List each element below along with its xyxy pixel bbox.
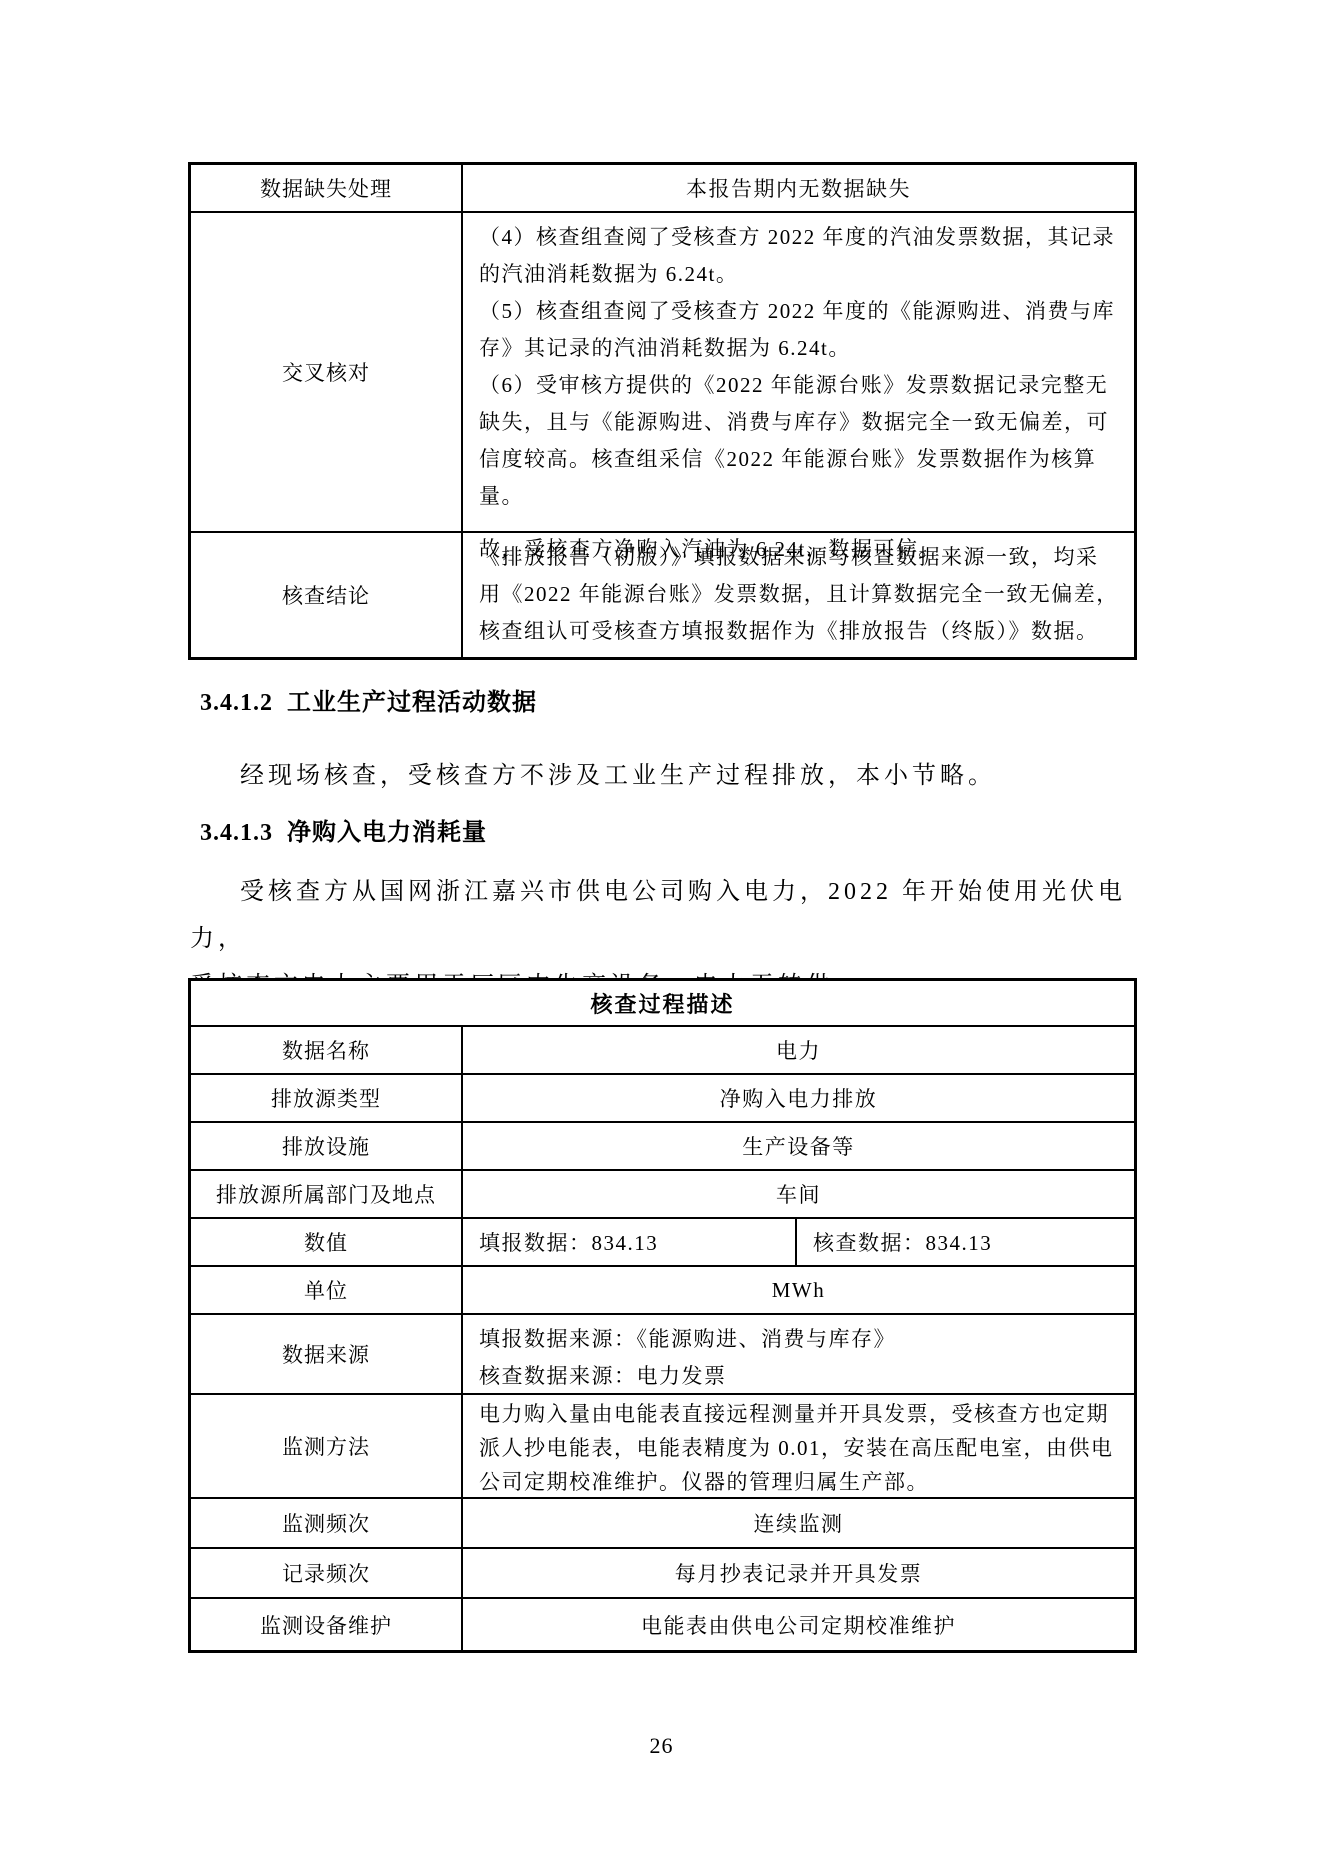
row-label-cell: 监测方法 xyxy=(191,1395,463,1497)
section-title: 工业生产过程活动数据 xyxy=(287,690,537,716)
table-row: 数据名称 电力 xyxy=(191,1027,1134,1075)
table-row: 监测频次 连续监测 xyxy=(191,1499,1134,1549)
row-label-cell: 排放设施 xyxy=(191,1123,463,1169)
row-label-cell: 监测设备维护 xyxy=(191,1599,463,1650)
row-label-cell: 记录频次 xyxy=(191,1549,463,1597)
cross-check-text: （4）核查组查阅了受核查方 2022 年度的汽油发票数据，其记录 的汽油消耗数据… xyxy=(479,219,1122,515)
table-row: 数据来源 填报数据来源：《能源购进、消费与库存》 核查数据来源：电力发票 xyxy=(191,1315,1134,1395)
table-row: 监测方法 电力购入量由电能表直接远程测量并开具发票，受核查方也定期 派人抄电能表… xyxy=(191,1395,1134,1499)
row-label-cell: 监测频次 xyxy=(191,1499,463,1547)
verification-conclusion-text: 《排放报告（初版）》填报数据来源与核查数据来源一致，均采 用《2022 年能源台… xyxy=(479,539,1122,650)
row-value-cell: 电能表由供电公司定期校准维护 xyxy=(463,1599,1134,1650)
data-gap-table: 数据缺失处理 本报告期内无数据缺失 交叉核对 （4）核查组查阅了受核查方 202… xyxy=(188,162,1137,660)
table-row: 排放源类型 净购入电力排放 xyxy=(191,1075,1134,1123)
row-value-cell: 生产设备等 xyxy=(463,1123,1134,1169)
table-row: 监测设备维护 电能表由供电公司定期校准维护 xyxy=(191,1599,1134,1650)
row-value-cell: 《排放报告（初版）》填报数据来源与核查数据来源一致，均采 用《2022 年能源台… xyxy=(463,533,1134,657)
table-row: 排放源所属部门及地点 车间 xyxy=(191,1171,1134,1219)
section-number: 3.4.1.3 xyxy=(200,820,273,846)
data-source-text: 填报数据来源：《能源购进、消费与库存》 核查数据来源：电力发票 xyxy=(479,1321,1122,1395)
row-label-cell: 核查结论 xyxy=(191,533,463,657)
table-row: 数值 填报数据：834.13 核查数据：834.13 xyxy=(191,1219,1134,1267)
table-row: 核查结论 《排放报告（初版）》填报数据来源与核查数据来源一致，均采 用《2022… xyxy=(191,533,1134,657)
row-value-cell: 连续监测 xyxy=(463,1499,1134,1547)
table-title: 核查过程描述 xyxy=(191,981,1134,1027)
verification-process-table: 核查过程描述 数据名称 电力 排放源类型 净购入电力排放 排放设施 生产设备等 … xyxy=(188,978,1137,1653)
row-label-cell: 数据名称 xyxy=(191,1027,463,1073)
section-heading-3412: 3.4.1.2工业生产过程活动数据 xyxy=(200,682,537,717)
section-heading-3413: 3.4.1.3净购入电力消耗量 xyxy=(200,812,487,847)
table-row: 记录频次 每月抄表记录并开具发票 xyxy=(191,1549,1134,1599)
row-value-cell: 净购入电力排放 xyxy=(463,1075,1134,1121)
row-value-cell: 车间 xyxy=(463,1171,1134,1217)
row-label-cell: 数据来源 xyxy=(191,1315,463,1393)
row-label-cell: 数值 xyxy=(191,1219,463,1265)
value-split-cell: 填报数据：834.13 核查数据：834.13 xyxy=(463,1219,1134,1265)
row-label-cell: 单位 xyxy=(191,1267,463,1313)
row-label-cell: 交叉核对 xyxy=(191,213,463,531)
page-number: 26 xyxy=(0,1733,1323,1759)
table-row: 数据缺失处理 本报告期内无数据缺失 xyxy=(191,165,1134,213)
row-label-cell: 排放源类型 xyxy=(191,1075,463,1121)
row-value-cell: 电力 xyxy=(463,1027,1134,1073)
table-row: 交叉核对 （4）核查组查阅了受核查方 2022 年度的汽油发票数据，其记录 的汽… xyxy=(191,213,1134,533)
section-title: 净购入电力消耗量 xyxy=(287,820,487,846)
reported-value-cell: 填报数据：834.13 xyxy=(463,1219,797,1265)
section-number: 3.4.1.2 xyxy=(200,690,273,716)
row-value-cell: 本报告期内无数据缺失 xyxy=(463,165,1134,211)
row-label-cell: 数据缺失处理 xyxy=(191,165,463,211)
paragraph: 经现场核查，受核查方不涉及工业生产过程排放，本小节略。 xyxy=(190,753,1142,800)
row-value-cell: 每月抄表记录并开具发票 xyxy=(463,1549,1134,1597)
row-value-cell: MWh xyxy=(463,1267,1134,1313)
row-value-cell: 电力购入量由电能表直接远程测量并开具发票，受核查方也定期 派人抄电能表，电能表精… xyxy=(463,1395,1134,1497)
table-row: 单位 MWh xyxy=(191,1267,1134,1315)
verified-value-cell: 核查数据：834.13 xyxy=(797,1219,1134,1265)
row-value-cell: （4）核查组查阅了受核查方 2022 年度的汽油发票数据，其记录 的汽油消耗数据… xyxy=(463,213,1134,531)
document-page: { "page": { "number": "26" }, "table1": … xyxy=(0,0,1323,1871)
monitoring-method-text: 电力购入量由电能表直接远程测量并开具发票，受核查方也定期 派人抄电能表，电能表精… xyxy=(479,1397,1122,1499)
table-row: 排放设施 生产设备等 xyxy=(191,1123,1134,1171)
row-label-cell: 排放源所属部门及地点 xyxy=(191,1171,463,1217)
row-value-cell: 填报数据来源：《能源购进、消费与库存》 核查数据来源：电力发票 xyxy=(463,1315,1134,1393)
